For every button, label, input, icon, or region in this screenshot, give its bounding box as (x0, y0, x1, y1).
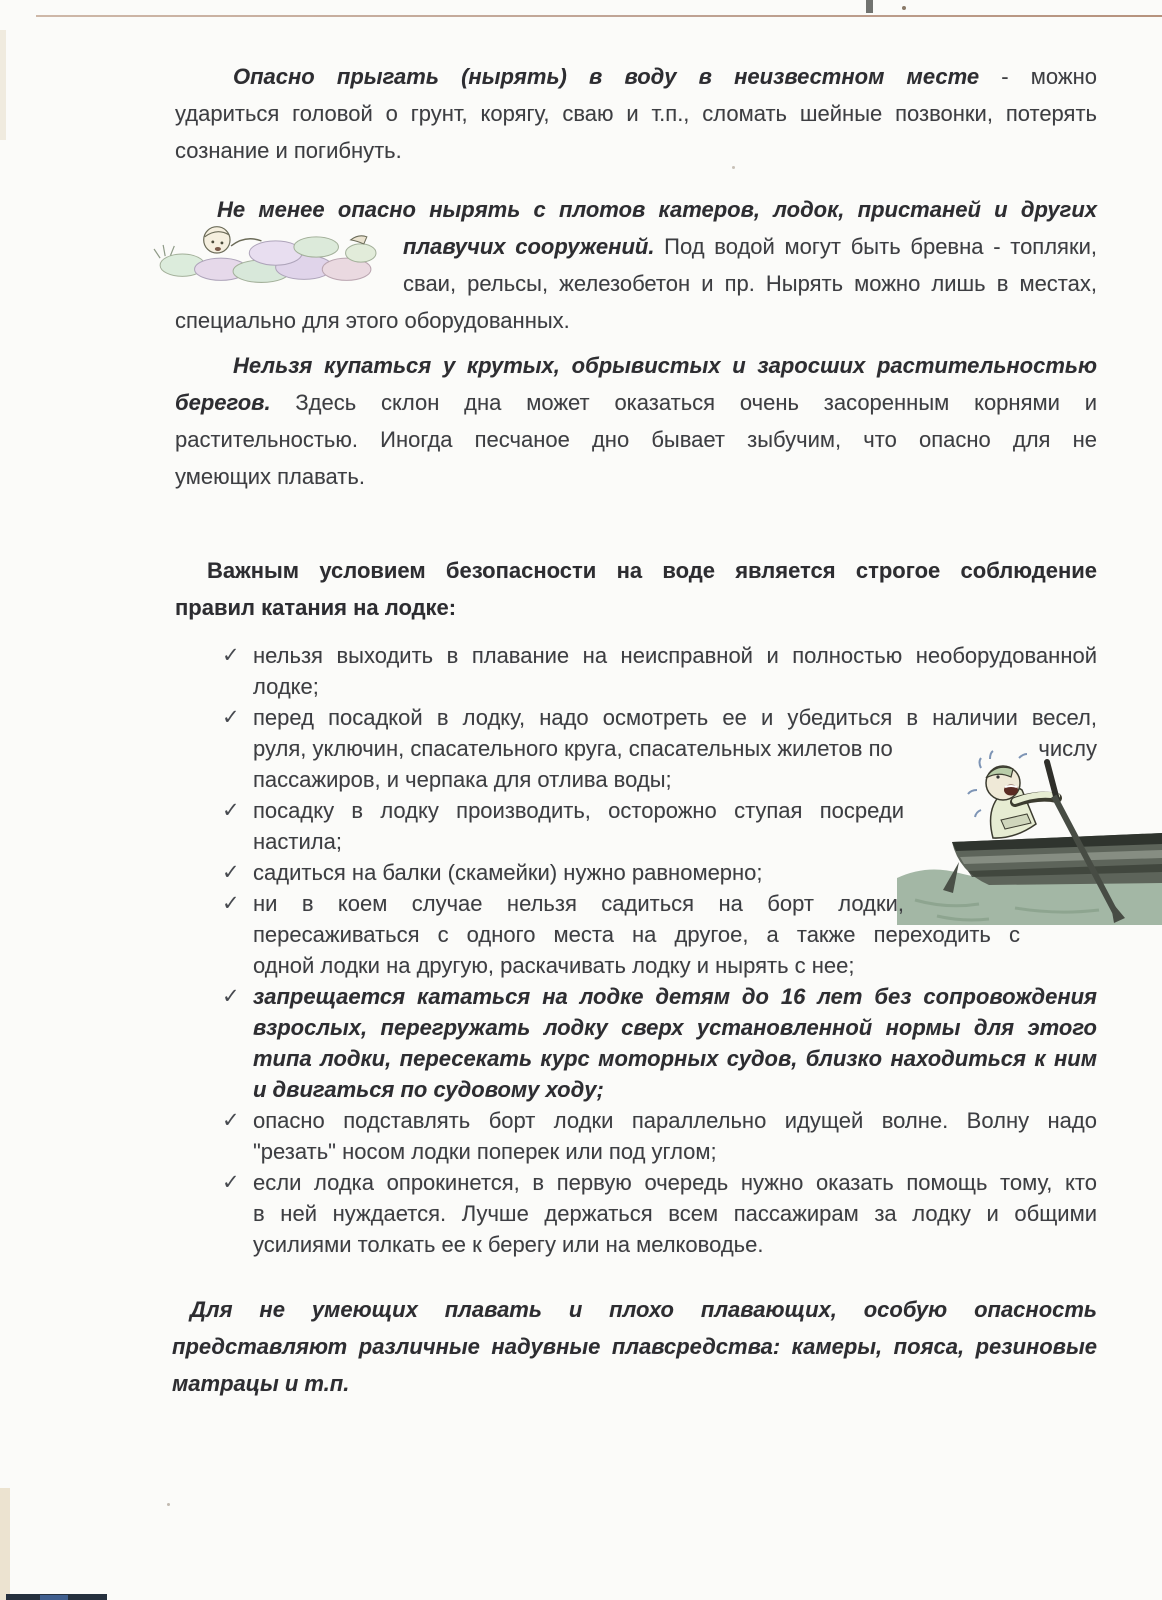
list-item: ✓ нельзя выходить в плавание на неисправ… (253, 640, 1097, 702)
paragraph-line: сваи, рельсы, железобетон и пр. Нырять м… (403, 265, 1097, 302)
scan-bottom-bar-accent (40, 1595, 68, 1600)
scan-edge-strip (0, 30, 6, 140)
heading-line: Важным условием безопасности на воде явл… (175, 552, 1097, 589)
lead-emphasis: Нельзя купаться у крутых, обрывистых и з… (233, 353, 1097, 378)
paragraph-text: Здесь склон дна может оказаться очень за… (295, 390, 1097, 415)
checkmark-icon: ✓ (222, 888, 248, 919)
checkmark-icon: ✓ (222, 1105, 248, 1136)
paragraph-line: сознание и погибнуть. (175, 132, 1097, 169)
list-item-line: в ней нуждается. Лучше держаться всем па… (253, 1198, 1097, 1229)
list-item-line: настила; (253, 826, 1097, 857)
list-item-line: опасно подставлять борт лодки параллельн… (253, 1105, 1097, 1136)
lead-tail: - можно (1001, 64, 1097, 89)
list-item-line: если лодка опрокинется, в первую очередь… (253, 1167, 1097, 1198)
list-item-line: усилиями толкать ее к берегу или на мелк… (253, 1229, 1097, 1260)
checkmark-icon: ✓ (222, 1167, 248, 1198)
list-item: ✓ садиться на балки (скамейки) нужно рав… (253, 857, 1097, 888)
paragraph-inflatable-devices: Для не умеющих плавать и плохо плавающих… (172, 1291, 1097, 1402)
list-item-line: садиться на балки (скамейки) нужно равно… (253, 857, 1097, 888)
list-item-line: и двигаться по судовому ходу; (253, 1074, 1097, 1105)
paragraph-diving-from-rafts: Не менее опасно нырять с плотов катеров,… (175, 191, 1097, 339)
lead-emphasis: Не менее опасно нырять с плотов катеров,… (217, 197, 1097, 222)
list-item-line: посадку в лодку производить, осторожно с… (253, 795, 904, 826)
list-item-line: типа лодки, пересекать курс моторных суд… (253, 1043, 1097, 1074)
list-item: ✓ ни в коем случае нельзя садиться на бо… (253, 888, 1097, 981)
paragraph-line: удариться головой о грунт, корягу, сваю … (175, 95, 1097, 132)
list-item-line: нельзя выходить в плавание на неисправно… (253, 640, 1097, 671)
paragraph-line: Для не умеющих плавать и плохо плавающих… (172, 1291, 1097, 1328)
lead-emphasis: Опасно прыгать (нырять) в воду в неизвес… (233, 64, 979, 89)
boat-rules-checklist: ✓ нельзя выходить в плавание на неисправ… (253, 640, 1097, 1260)
paragraph-text: Под водой могут быть бревна - топляки, (664, 234, 1097, 259)
scan-speck (902, 6, 906, 10)
scanned-document-page: Опасно прыгать (нырять) в воду в неизвес… (0, 0, 1162, 1600)
list-item-line: руля, уключин, спасательного круга, спас… (253, 733, 1097, 764)
checkmark-icon: ✓ (222, 795, 248, 826)
list-item-line: запрещается кататься на лодке детям до 1… (253, 981, 1097, 1012)
list-item-line: лодке; (253, 671, 1097, 702)
paragraph-line: Опасно прыгать (нырять) в воду в неизвес… (175, 58, 1097, 95)
list-item: ✓ перед посадкой в лодку, надо осмотреть… (253, 702, 1097, 795)
boat-rules-heading: Важным условием безопасности на воде явл… (175, 552, 1097, 626)
list-item: ✓ если лодка опрокинется, в первую очере… (253, 1167, 1097, 1260)
list-item-line: "резать" носом лодки поперек или под угл… (253, 1136, 1097, 1167)
paragraph-diving-danger: Опасно прыгать (нырять) в воду в неизвес… (175, 58, 1097, 169)
paragraph-line: специально для этого оборудованных. (175, 302, 1097, 339)
checkmark-icon: ✓ (222, 981, 248, 1012)
paragraph-line: матрацы и т.п. (172, 1365, 1097, 1402)
list-item: ✓ опасно подставлять борт лодки параллел… (253, 1105, 1097, 1167)
paragraph-steep-banks: Нельзя купаться у крутых, обрывистых и з… (175, 347, 1097, 495)
paragraph-line: Нельзя купаться у крутых, обрывистых и з… (175, 347, 1097, 384)
list-item-line: одной лодки на другую, раскачивать лодку… (253, 950, 1097, 981)
lead-emphasis: берегов. (175, 390, 271, 415)
paragraph-line: умеющих плавать. (175, 458, 1097, 495)
list-item-line: взрослых, перегружать лодку сверх устано… (253, 1012, 1097, 1043)
paragraph-line: представляют различные надувные плавсред… (172, 1328, 1097, 1365)
paragraph-line: берегов. Здесь склон дна может оказаться… (175, 384, 1097, 421)
paragraph-line: плавучих сооружений. Под водой могут быт… (403, 228, 1097, 265)
scan-dark-mark (866, 0, 873, 13)
checkmark-icon: ✓ (222, 857, 248, 888)
scan-speck (167, 1503, 170, 1506)
checkmark-icon: ✓ (222, 702, 248, 733)
scan-top-line (36, 15, 1162, 17)
heading-line: правил катания на лодке: (175, 589, 1097, 626)
list-item-line: пассажиров, и черпака для отлива воды; (253, 764, 1097, 795)
list-item-line: пересаживаться с одного места на другое,… (253, 919, 1020, 950)
list-item-line: перед посадкой в лодку, надо осмотреть е… (253, 702, 1097, 733)
list-item-emphasized: ✓ запрещается кататься на лодке детям до… (253, 981, 1097, 1105)
paragraph-line: Не менее опасно нырять с плотов катеров,… (175, 191, 1097, 228)
list-item: ✓ посадку в лодку производить, осторожно… (253, 795, 1097, 857)
list-item-text: руля, уключин, спасательного круга, спас… (253, 733, 893, 764)
list-item-text: числу (1038, 733, 1097, 764)
paragraph-line: растительностью. Иногда песчаное дно быв… (175, 421, 1097, 458)
scan-edge-strip (0, 1488, 10, 1600)
list-item-line: ни в коем случае нельзя садиться на борт… (253, 888, 904, 919)
checkmark-icon: ✓ (222, 640, 248, 671)
lead-emphasis: плавучих сооружений. (403, 234, 654, 259)
